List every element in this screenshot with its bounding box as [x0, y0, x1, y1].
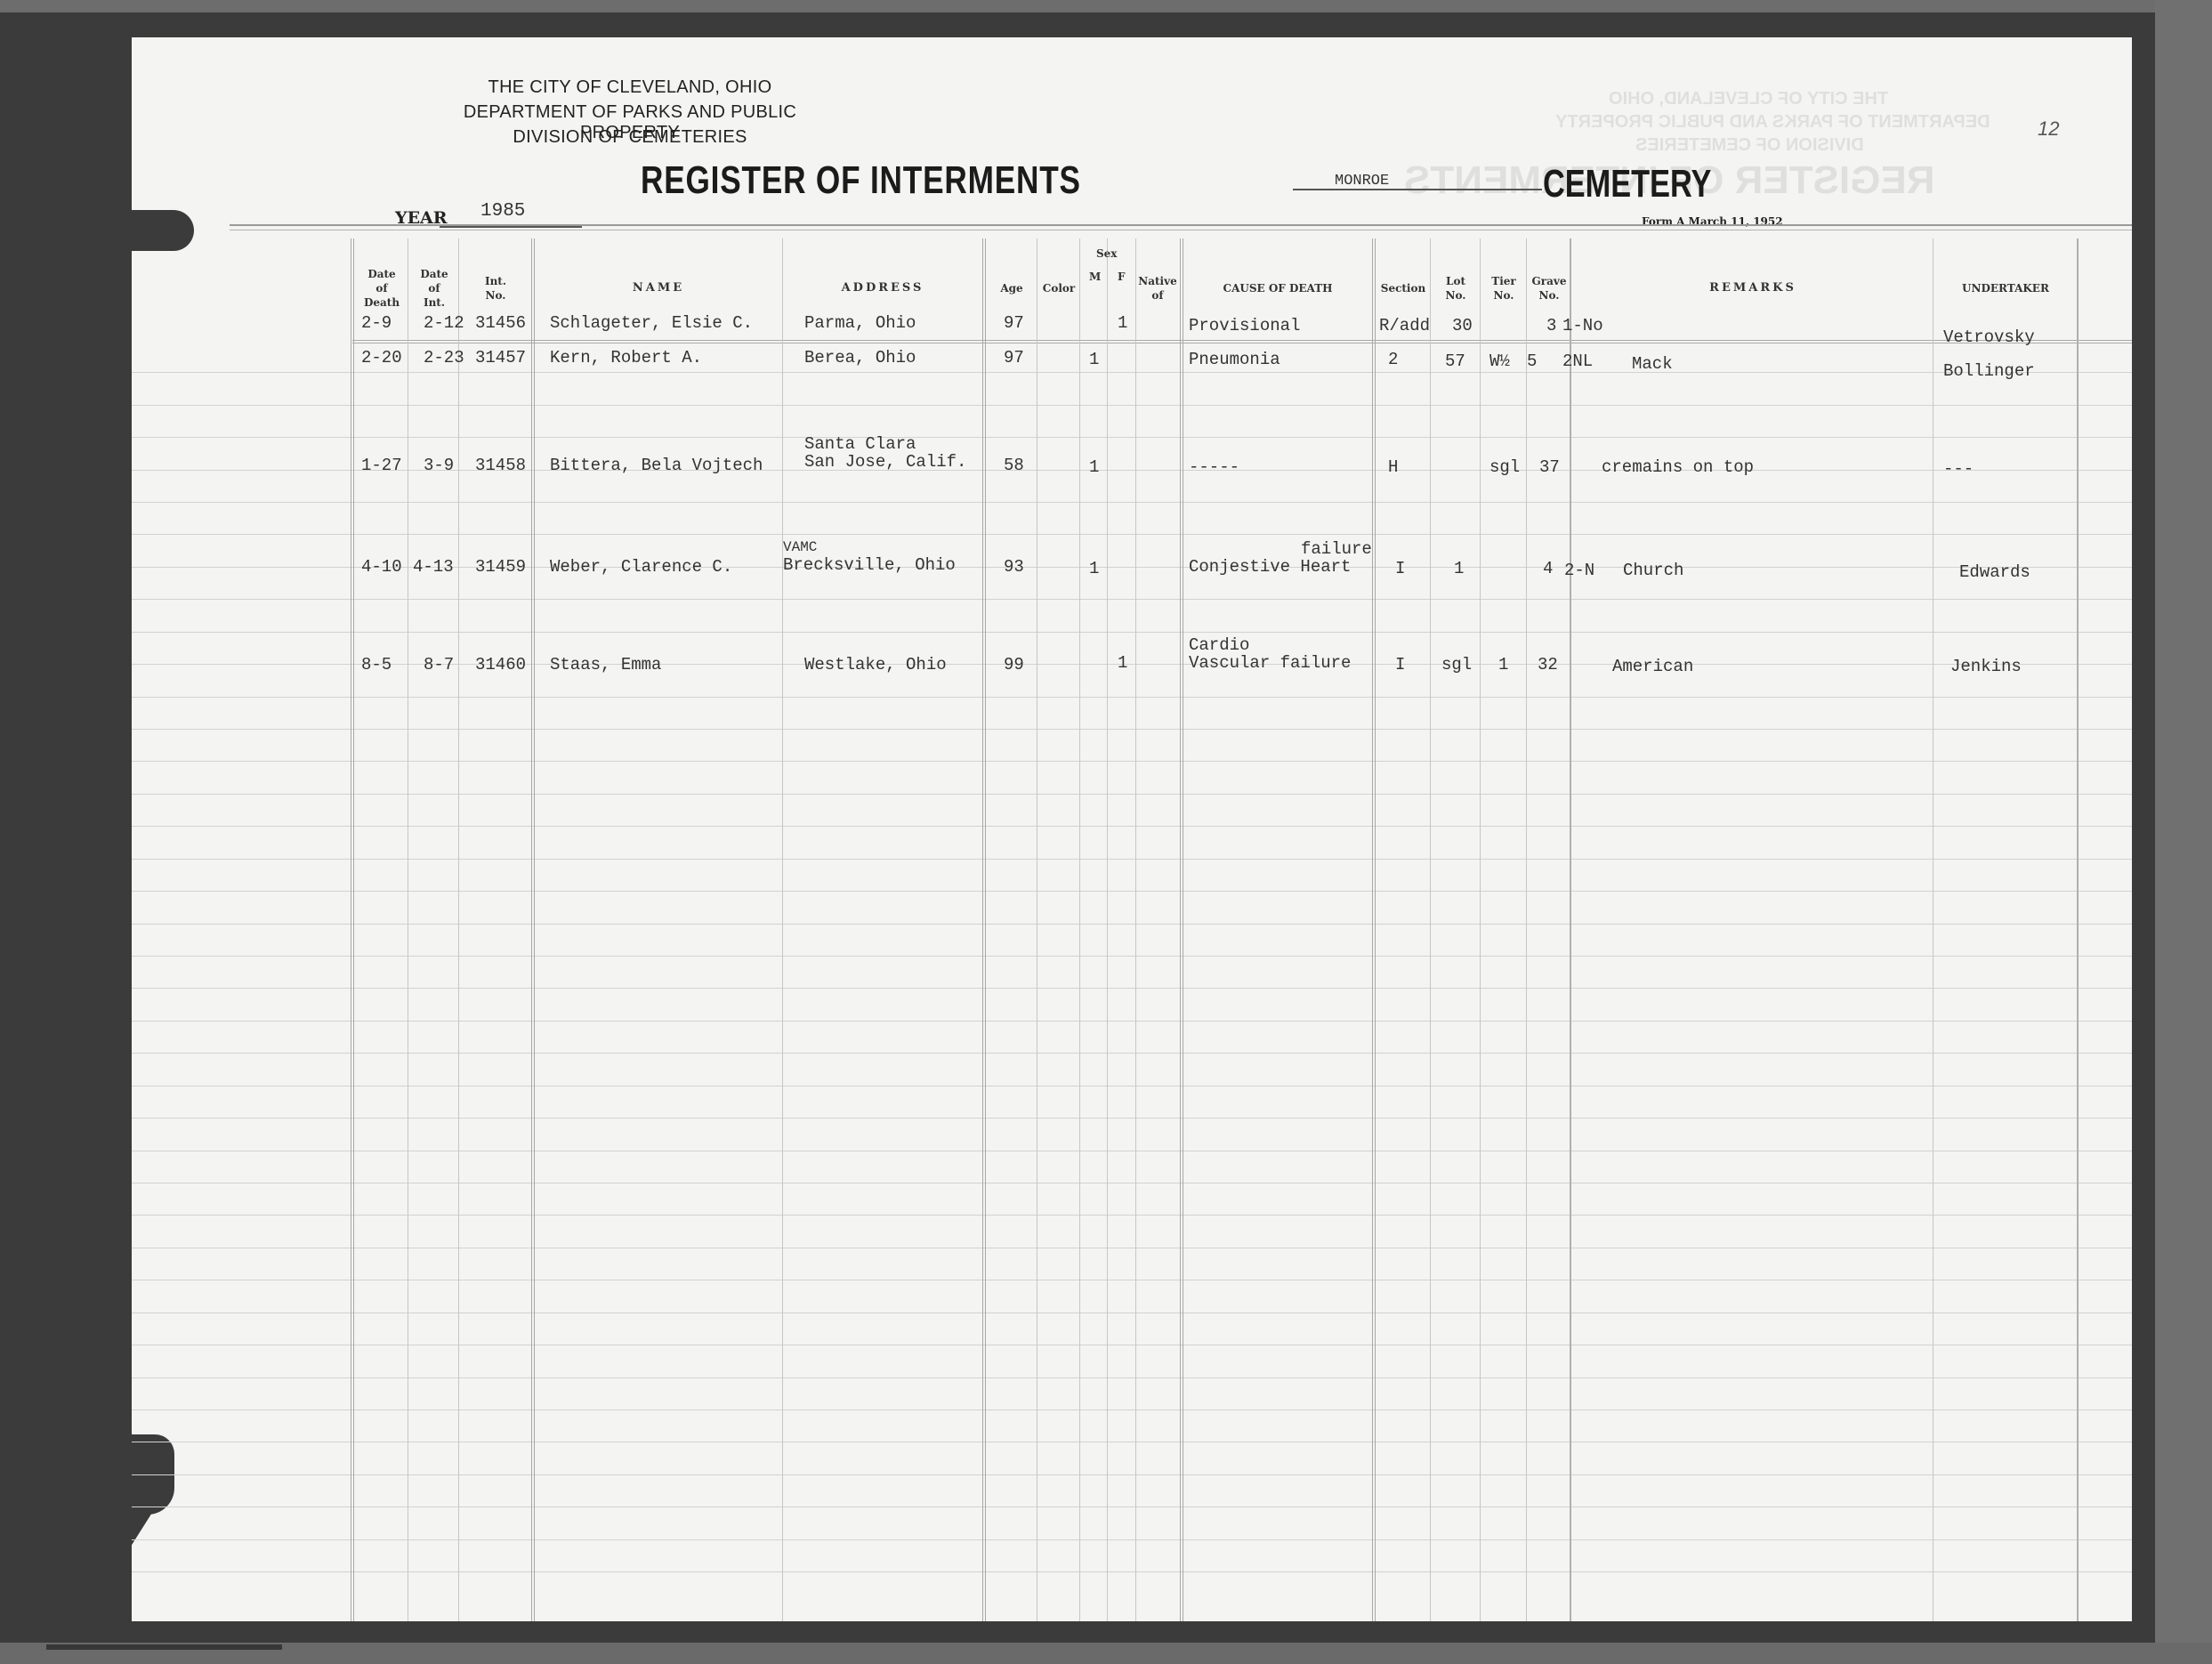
cemetery-label: CEMETERY [1543, 162, 1711, 206]
row3-remarks: cremains on top [1602, 457, 1754, 477]
col-header-sex: Sex [1096, 247, 1117, 260]
row2-cause: Pneumonia [1189, 350, 1280, 369]
col-header-color: Color [1037, 244, 1080, 333]
row5-date-of-death: 8-5 [361, 655, 392, 674]
row1-name: Schlageter, Elsie C. [550, 313, 753, 333]
row3-date-of-int: 3-9 [424, 456, 454, 475]
row2-remarks: Mack [1632, 354, 1673, 374]
row3-age: 58 [1004, 456, 1024, 475]
row4-address-line1: VAMC [783, 537, 817, 557]
row1-cause: Provisional [1189, 316, 1300, 335]
row5-sex-f: 1 [1118, 653, 1127, 673]
row2-undertaker: Bollinger [1943, 361, 2035, 381]
bleed-through-text: DEPARTMENT OF PARKS AND PUBLIC PROPERTY [1555, 112, 1990, 133]
row3-tier-no: sgl [1489, 457, 1520, 477]
row1-date-of-death: 2-9 [361, 313, 392, 333]
row2-age: 97 [1004, 348, 1024, 368]
year-underline [440, 226, 582, 228]
row2-int-no: 31457 [475, 348, 526, 368]
row3-address-line1: Santa Clara [804, 434, 916, 454]
header-division: DIVISION OF CEMETERIES [474, 127, 786, 148]
row2-tier-no: W½ [1489, 351, 1510, 371]
row4-grave-no: 4 [1543, 559, 1553, 578]
row5-cause: Vascular failure [1189, 653, 1351, 673]
row1-grave-no: 3 [1546, 316, 1556, 335]
row4-sex-m: 1 [1089, 559, 1099, 578]
row4-remarks-prefix: 2-N [1564, 561, 1594, 580]
bleed-through-text: THE CITY OF CLEVELAND, OHIO [1609, 89, 1888, 109]
row1-int-no: 31456 [475, 313, 526, 333]
row4-int-no: 31459 [475, 557, 526, 577]
row5-name: Staas, Emma [550, 655, 661, 674]
row4-cause-line1: failure [1301, 539, 1372, 559]
year-value: 1985 [480, 201, 525, 222]
row4-name: Weber, Clarence C. [550, 557, 732, 577]
col-header-tier-no: Tier No. [1481, 244, 1527, 333]
header-rule [230, 224, 2132, 226]
row3-int-no: 31458 [475, 456, 526, 475]
row5-grave-no: 32 [1538, 655, 1558, 674]
row5-section: I [1395, 655, 1405, 674]
scan-border-right [2155, 0, 2212, 1664]
cemetery-underline [1293, 189, 1542, 190]
row2-grave-no: 5 [1527, 351, 1537, 371]
row3-section: H [1388, 457, 1398, 477]
row3-grave-no: 37 [1539, 457, 1560, 477]
col-header-undertaker: UNDERTAKER [1934, 244, 2077, 333]
header-rule [230, 230, 2132, 230]
row2-section: 2 [1388, 350, 1398, 369]
row2-name: Kern, Robert A. [550, 348, 702, 368]
col-header-sex-f: F [1118, 271, 1126, 283]
row1-date-of-int: 2-12 [424, 313, 464, 333]
scan-border-bottom [0, 1643, 2212, 1664]
row4-date-of-int: 4-13 [413, 557, 454, 577]
row1-sex-f: 1 [1118, 313, 1127, 333]
row2-sex-m: 1 [1089, 350, 1099, 369]
row2-remarks-prefix: 2NL [1562, 351, 1593, 371]
row3-date-of-death: 1-27 [361, 456, 402, 475]
col-header-sex-m: M [1089, 271, 1101, 283]
row5-date-of-int: 8-7 [424, 655, 454, 674]
row1-remarks-prefix: 1-No [1562, 316, 1603, 335]
row2-date-of-int: 2-23 [424, 348, 464, 368]
row3-cause: ----- [1189, 457, 1239, 477]
row1-section: R/add [1379, 316, 1430, 335]
page-title: REGISTER OF INTERMENTS [641, 158, 1081, 203]
row5-remarks: American [1612, 657, 1693, 676]
row4-date-of-death: 4-10 [361, 557, 402, 577]
header-city: THE CITY OF CLEVELAND, OHIO [474, 77, 786, 98]
register-page: THE CITY OF CLEVELAND, OHIO DEPARTMENT O… [132, 37, 2132, 1621]
row1-undertaker: Vetrovsky [1943, 327, 2035, 347]
bleed-through-text: DIVISION OF CEMETERIES [1635, 135, 1864, 156]
row3-address: San Jose, Calif. [804, 452, 966, 472]
row1-lot-no: 30 [1452, 316, 1473, 335]
row1-address: Parma, Ohio [804, 313, 916, 333]
cemetery-name: MONROE [1335, 173, 1389, 190]
film-label-strip [46, 1644, 282, 1650]
row2-address: Berea, Ohio [804, 348, 916, 368]
row4-address: Brecksville, Ohio [783, 555, 956, 575]
row2-date-of-death: 2-20 [361, 348, 402, 368]
row2-lot-no: 57 [1445, 351, 1465, 371]
scan-border-top [0, 0, 2212, 12]
row4-lot-no: 1 [1454, 559, 1464, 578]
row4-remarks: Church [1623, 561, 1683, 580]
row5-cause-line1: Cardio [1189, 635, 1249, 655]
row4-age: 93 [1004, 557, 1024, 577]
row5-lot-no: sgl [1441, 655, 1472, 674]
ledger-grid [132, 238, 2132, 1621]
row3-sex-m: 1 [1089, 457, 1099, 477]
row5-address: Westlake, Ohio [804, 655, 947, 674]
row5-tier-no: 1 [1498, 655, 1508, 674]
row5-undertaker: Jenkins [1950, 657, 2022, 676]
row4-cause: Conjestive Heart [1189, 557, 1351, 577]
col-header-remarks: REMARKS [1573, 244, 1933, 333]
row4-undertaker: Edwards [1959, 562, 2030, 582]
row3-undertaker: --- [1943, 459, 1974, 479]
page-number: 12 [2038, 117, 2059, 141]
row1-age: 97 [1004, 313, 1024, 333]
row3-name: Bittera, Bela Vojtech [550, 456, 763, 475]
row5-age: 99 [1004, 655, 1024, 674]
row5-int-no: 31460 [475, 655, 526, 674]
col-header-native-of: Native of [1135, 244, 1180, 333]
row4-section: I [1395, 559, 1405, 578]
